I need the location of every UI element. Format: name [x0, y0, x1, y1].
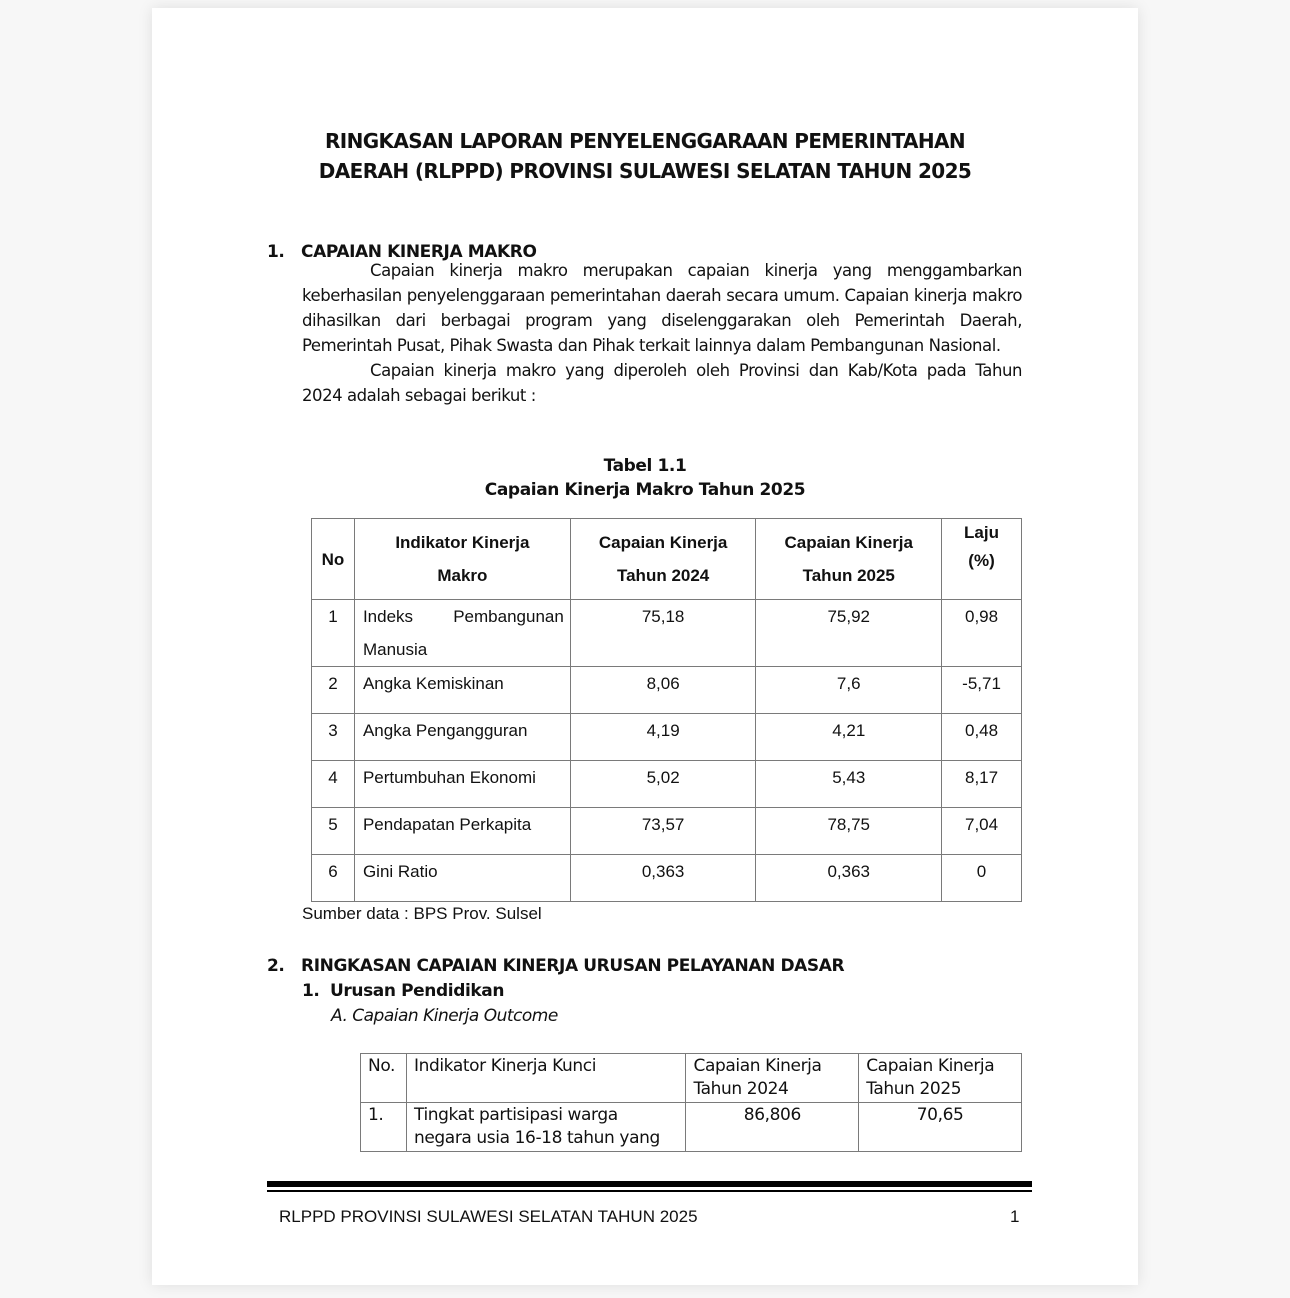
- education-outcome-table: No. Indikator Kinerja Kunci Capaian Kine…: [360, 1053, 1022, 1152]
- table-header-row: No Indikator KinerjaMakro Capaian Kinerj…: [312, 519, 1022, 600]
- section-2-heading: 2.RINGKASAN CAPAIAN KINERJA URUSAN PELAY…: [267, 954, 844, 978]
- header-indikator: Indikator KinerjaMakro: [354, 519, 570, 600]
- subsection-heading: 1.Urusan Pendidikan: [302, 979, 504, 1003]
- table-row: 5 Pendapatan Perkapita 73,57 78,75 7,04: [312, 808, 1022, 855]
- footer-rule-thin: [267, 1190, 1032, 1192]
- subsubsection-heading: A. Capaian Kinerja Outcome: [331, 1004, 558, 1028]
- section-1-body: Capaian kinerja makro merupakan capaian …: [302, 258, 1022, 408]
- paragraph: Capaian kinerja makro merupakan capaian …: [302, 258, 1022, 358]
- table-source-note: Sumber data : BPS Prov. Sulsel: [302, 902, 542, 926]
- table-row: 1. Tingkat partisipasi warganegara usia …: [361, 1103, 1022, 1152]
- document-page: RINGKASAN LAPORAN PENYELENGGARAAN PEMERI…: [152, 8, 1138, 1285]
- paragraph: Capaian kinerja makro yang diperoleh ole…: [302, 358, 1022, 408]
- header-2024: Capaian KinerjaTahun 2024: [570, 519, 756, 600]
- page-number: 1: [1010, 1205, 1019, 1229]
- footer-text: RLPPD PROVINSI SULAWESI SELATAN TAHUN 20…: [279, 1205, 698, 1229]
- table-row: 2 Angka Kemiskinan 8,06 7,6 -5,71: [312, 667, 1022, 714]
- table-caption: Tabel 1.1 Capaian Kinerja Makro Tahun 20…: [152, 454, 1138, 502]
- table-row: 3 Angka Pengangguran 4,19 4,21 0,48: [312, 714, 1022, 761]
- table-row: 4 Pertumbuhan Ekonomi 5,02 5,43 8,17: [312, 761, 1022, 808]
- macro-performance-table: No Indikator KinerjaMakro Capaian Kinerj…: [311, 518, 1022, 902]
- table-row: 6 Gini Ratio 0,363 0,363 0: [312, 855, 1022, 902]
- table-row: 1 IndeksPembangunanManusia 75,18 75,92 0…: [312, 600, 1022, 667]
- header-no: No: [312, 519, 355, 600]
- header-laju: Laju(%): [942, 519, 1022, 600]
- header-2025: Capaian KinerjaTahun 2025: [756, 519, 942, 600]
- table-header-row: No. Indikator Kinerja Kunci Capaian Kine…: [361, 1054, 1022, 1103]
- footer-rule-thick: [267, 1181, 1032, 1187]
- document-title: RINGKASAN LAPORAN PENYELENGGARAAN PEMERI…: [152, 126, 1138, 186]
